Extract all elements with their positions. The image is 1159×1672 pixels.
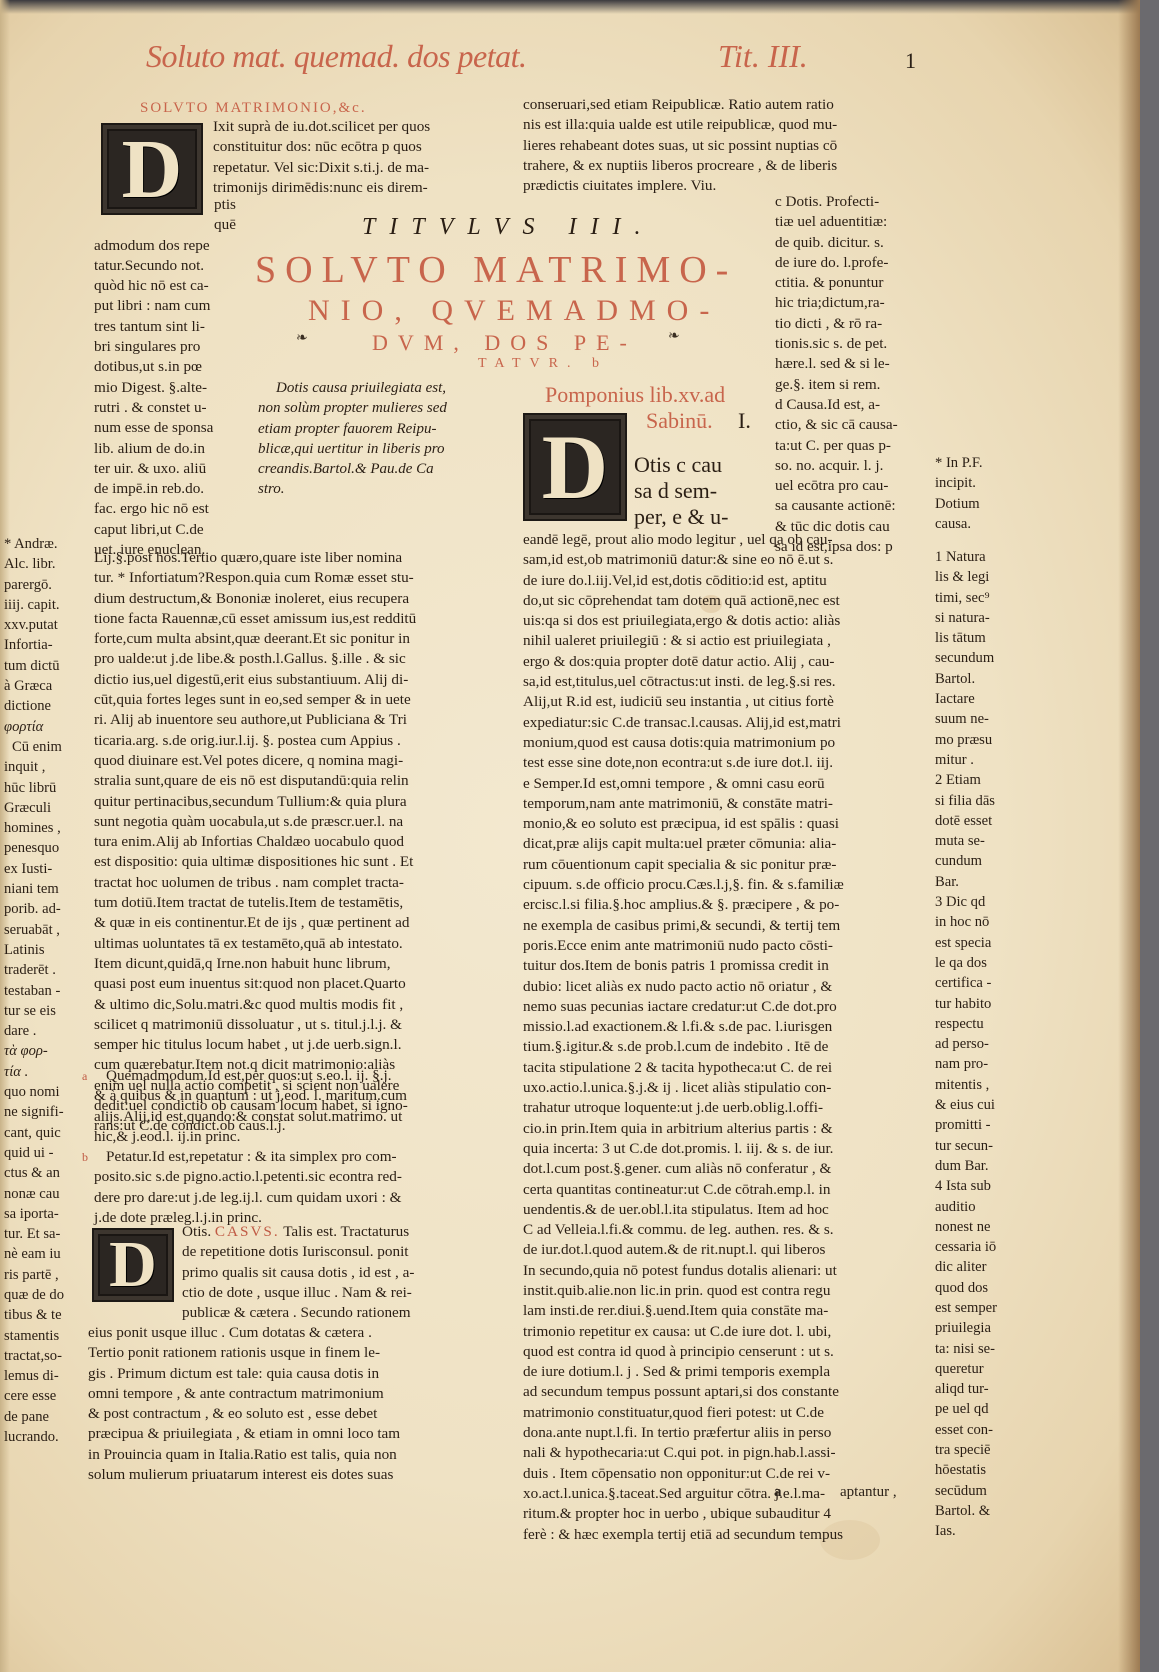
- right-margin-pf-note: * In P.F. incipit. Dotium causa.: [935, 453, 983, 534]
- gloss-main-left: Lij.§.post hos.Tertio quæro,quare iste l…: [94, 548, 416, 1137]
- gloss-heading: SOLVTO MATRIMONIO,&c.: [140, 100, 367, 117]
- casus-beside-initial: Otis. CASVS. Talis est. Tractaturus de r…: [182, 1222, 414, 1323]
- fleuron-icon: ❧: [668, 328, 680, 344]
- lex-text: Otis c cau sa d sem- per, e & u-: [634, 452, 728, 530]
- decorated-initial-d-figure: D: [523, 413, 627, 521]
- gloss-a-b: aQuemadmodum.Id est,per quos:ut s.eo.l. …: [82, 1066, 407, 1228]
- running-head-titulus: Tit. III.: [718, 38, 808, 75]
- title-line-1: SOLVTO MATRIMO-: [255, 248, 737, 292]
- titulus-label: TITVLVS III.: [362, 214, 654, 241]
- fleuron-icon: ❧: [296, 330, 308, 346]
- lex-author: Pomponius lib.xv.ad: [545, 382, 725, 408]
- summarium: Dotis causa priuilegiata est, non solùm …: [258, 378, 447, 500]
- gloss-opening-lines: Ixit suprà de iu.dot.scilicet per quos c…: [213, 117, 430, 198]
- lex-book: Sabinū.: [646, 408, 713, 434]
- title-line-3: DVM, DOS PE-: [372, 330, 637, 356]
- scan-top-shadow: [0, 0, 1140, 14]
- book-page: Soluto mat. quemad. dos petat. Tit. III.…: [0, 0, 1140, 1672]
- lex-number: I.: [738, 408, 751, 434]
- folio-number: 1: [905, 48, 916, 74]
- right-margin-notes: 1 Naturalis & legitimi, sec⁹ si natura-l…: [935, 547, 997, 1542]
- gloss-main-right: eandē legē, prout alio modo legitur , ue…: [523, 530, 844, 1545]
- gloss-left-column: ptis quē admodum dos repe tatur.Secundo …: [94, 195, 236, 560]
- running-head-title: Soluto mat. quemad. dos petat.: [146, 38, 527, 75]
- catchword: aptantur ,: [840, 1484, 897, 1501]
- signature-mark: a: [774, 1484, 782, 1501]
- decorated-initial-d-foliage: D: [92, 1228, 174, 1302]
- page-fore-edge: [1118, 0, 1140, 1672]
- gloss-continuation-top: conseruari,sed etiam Reipublicæ. Ratio a…: [523, 95, 837, 196]
- left-margin-notes: * Andræ.Alc. libr.parergō. iiij. capit.x…: [4, 534, 64, 1447]
- casus-label: CASVS.: [215, 1223, 280, 1240]
- gloss-c-d: c Dotis. Profecti- tiæ uel aduentitiæ: d…: [775, 192, 898, 557]
- title-line-2: NIO, QVEMADMO-: [308, 294, 720, 328]
- title-line-4: TATVR. b: [478, 356, 608, 372]
- casus-text: eius ponit usque illuc . Cum dotatas & c…: [88, 1323, 400, 1485]
